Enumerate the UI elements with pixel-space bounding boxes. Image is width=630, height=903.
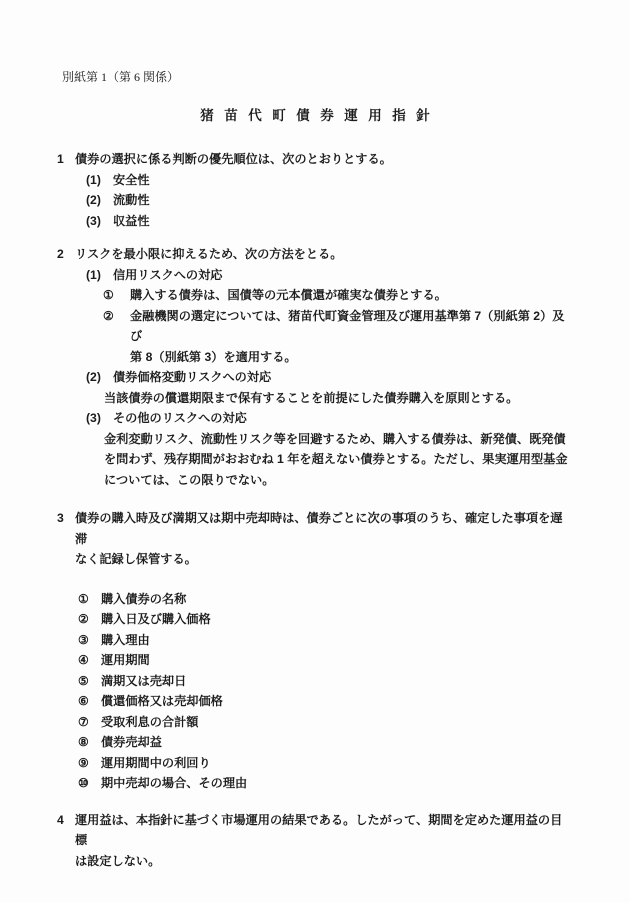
list-item-body: 当該債券の償還期限まで保有することを前提にした債券購入を原則とする。 [104,388,573,409]
text-line: 金融機関の選定については、猪苗代町資金管理及び運用基準第 7（別紙第 2）及び [130,306,573,347]
list-item-body: 金利変動リスク、流動性リスク等を回避するため、購入する債券は、新発債、既発債 を… [104,429,573,491]
list-marker: (2) [86,367,113,388]
list-item-other-risk: (3) その他のリスクへの対応 [86,408,573,429]
attachment-label: 別紙第 1（第 6 関係） [62,69,630,85]
document-title: 猪苗代町債券運用指針 [0,108,630,124]
circled-number-marker: ⑧ [78,732,101,753]
record-item-label: 期中売却の場合、その理由 [101,773,247,794]
record-item-label: 購入債券の名称 [101,589,186,610]
record-item-label: 受取利息の合計額 [101,712,199,733]
list-marker: (2) [86,190,113,211]
section-number: 2 [57,244,75,265]
record-item: ⑥ 償還価格又は売却価格 [78,691,573,712]
section-text: 債券の選択に係る判断の優先順位は、次のとおりとする。 [75,149,573,170]
list-marker: (1) [86,170,113,191]
list-item-profitability: (3) 収益性 [86,211,573,232]
list-item-credit-risk: (1) 信用リスクへの対応 [86,265,573,286]
circled-number-marker: ⑦ [78,712,101,733]
list-item-label: 流動性 [113,190,150,211]
section-text: 債券の購入時及び満期又は期中売却時は、債券ごとに次の事項のうち、確定した事項を遅… [75,508,573,570]
section-number: 3 [57,508,75,570]
section-text: 運用益は、本指針に基づく市場運用の結果である。したがって、期間を定めた運用益の目… [75,810,573,872]
circled-number-marker: ② [78,609,101,630]
circled-number-marker: ① [103,285,130,306]
section-1: 1 債券の選択に係る判断の優先順位は、次のとおりとする。 [57,149,573,170]
record-items-list: ① 購入債券の名称 ② 購入日及び購入価格 ③ 購入理由 ④ 運用期間 ⑤ 満期… [0,589,630,794]
section-4: 4 運用益は、本指針に基づく市場運用の結果である。したがって、期間を定めた運用益… [57,810,573,872]
subitem-text: 金融機関の選定については、猪苗代町資金管理及び運用基準第 7（別紙第 2）及び … [130,306,573,368]
subitem-2: ② 金融機関の選定については、猪苗代町資金管理及び運用基準第 7（別紙第 2）及… [103,306,573,368]
list-item-label: 安全性 [113,170,150,191]
section-2: 2 リスクを最小限に抑えるため、次の方法をとる。 [57,244,573,265]
circled-number-marker: ⑩ [78,773,101,794]
text-line: 金利変動リスク、流動性リスク等を回避するため、購入する債券は、新発債、既発債 [104,429,573,450]
text-line: 第 8（別紙第 3）を適用する。 [130,347,573,368]
circled-number-marker: ④ [78,650,101,671]
text-line: は設定しない。 [75,851,573,872]
text-line: 購入する債券は、国債等の元本償還が確実な債券とする。 [130,285,447,306]
record-item: ⑨ 運用期間中の利回り [78,753,573,774]
circled-number-marker: ⑥ [78,691,101,712]
record-item-label: 満期又は売却日 [101,671,186,692]
record-item: ⑤ 満期又は売却日 [78,671,573,692]
subitem-1: ① 購入する債券は、国債等の元本償還が確実な債券とする。 [103,285,573,306]
record-item: ⑩ 期中売却の場合、その理由 [78,773,573,794]
list-item-label: その他のリスクへの対応 [113,408,247,429]
circled-number-marker: ① [78,589,101,610]
circled-number-marker: ③ [78,630,101,651]
text-line: 運用益は、本指針に基づく市場運用の結果である。したがって、期間を定めた運用益の目… [75,810,573,851]
record-item-label: 運用期間中の利回り [101,753,211,774]
list-item-label: 収益性 [113,211,150,232]
list-item-label: 債券価格変動リスクへの対応 [113,367,271,388]
list-item-label: 信用リスクへの対応 [113,265,222,286]
list-item-liquidity: (2) 流動性 [86,190,573,211]
record-item: ④ 運用期間 [78,650,573,671]
document-page: 別紙第 1（第 6 関係） 猪苗代町債券運用指針 1 債券の選択に係る判断の優先… [0,0,630,903]
text-line: については、この限りでない。 [104,470,573,491]
record-item-label: 購入日及び購入価格 [101,609,211,630]
record-item: ⑧ 債券売却益 [78,732,573,753]
circled-number-marker: ⑤ [78,671,101,692]
record-item-label: 債券売却益 [101,732,162,753]
list-item-price-risk: (2) 債券価格変動リスクへの対応 [86,367,573,388]
record-item-label: 運用期間 [101,650,150,671]
list-item-safety: (1) 安全性 [86,170,573,191]
list-marker: (3) [86,408,113,429]
record-item: ③ 購入理由 [78,630,573,651]
list-marker: (3) [86,211,113,232]
circled-number-marker: ⑨ [78,753,101,774]
text-line: を問わず、残存期間がおおむね 1 年を超えない債券とする。ただし、果実運用型基金 [104,449,573,470]
section-3: 3 債券の購入時及び満期又は期中売却時は、債券ごとに次の事項のうち、確定した事項… [57,508,573,570]
section-number: 4 [57,810,75,872]
text-line: なく記録し保管する。 [75,549,573,570]
section-text: リスクを最小限に抑えるため、次の方法をとる。 [75,244,573,265]
section-number: 1 [57,149,75,170]
list-marker: (1) [86,265,113,286]
record-item: ⑦ 受取利息の合計額 [78,712,573,733]
record-item: ② 購入日及び購入価格 [78,609,573,630]
record-item-label: 償還価格又は売却価格 [101,691,223,712]
circled-number-marker: ② [103,306,130,368]
record-item-label: 購入理由 [101,630,150,651]
text-line: 債券の購入時及び満期又は期中売却時は、債券ごとに次の事項のうち、確定した事項を遅… [75,508,573,549]
record-item: ① 購入債券の名称 [78,589,573,610]
text-line: 当該債券の償還期限まで保有することを前提にした債券購入を原則とする。 [104,388,573,409]
subitem-text: 購入する債券は、国債等の元本償還が確実な債券とする。 [130,285,447,306]
